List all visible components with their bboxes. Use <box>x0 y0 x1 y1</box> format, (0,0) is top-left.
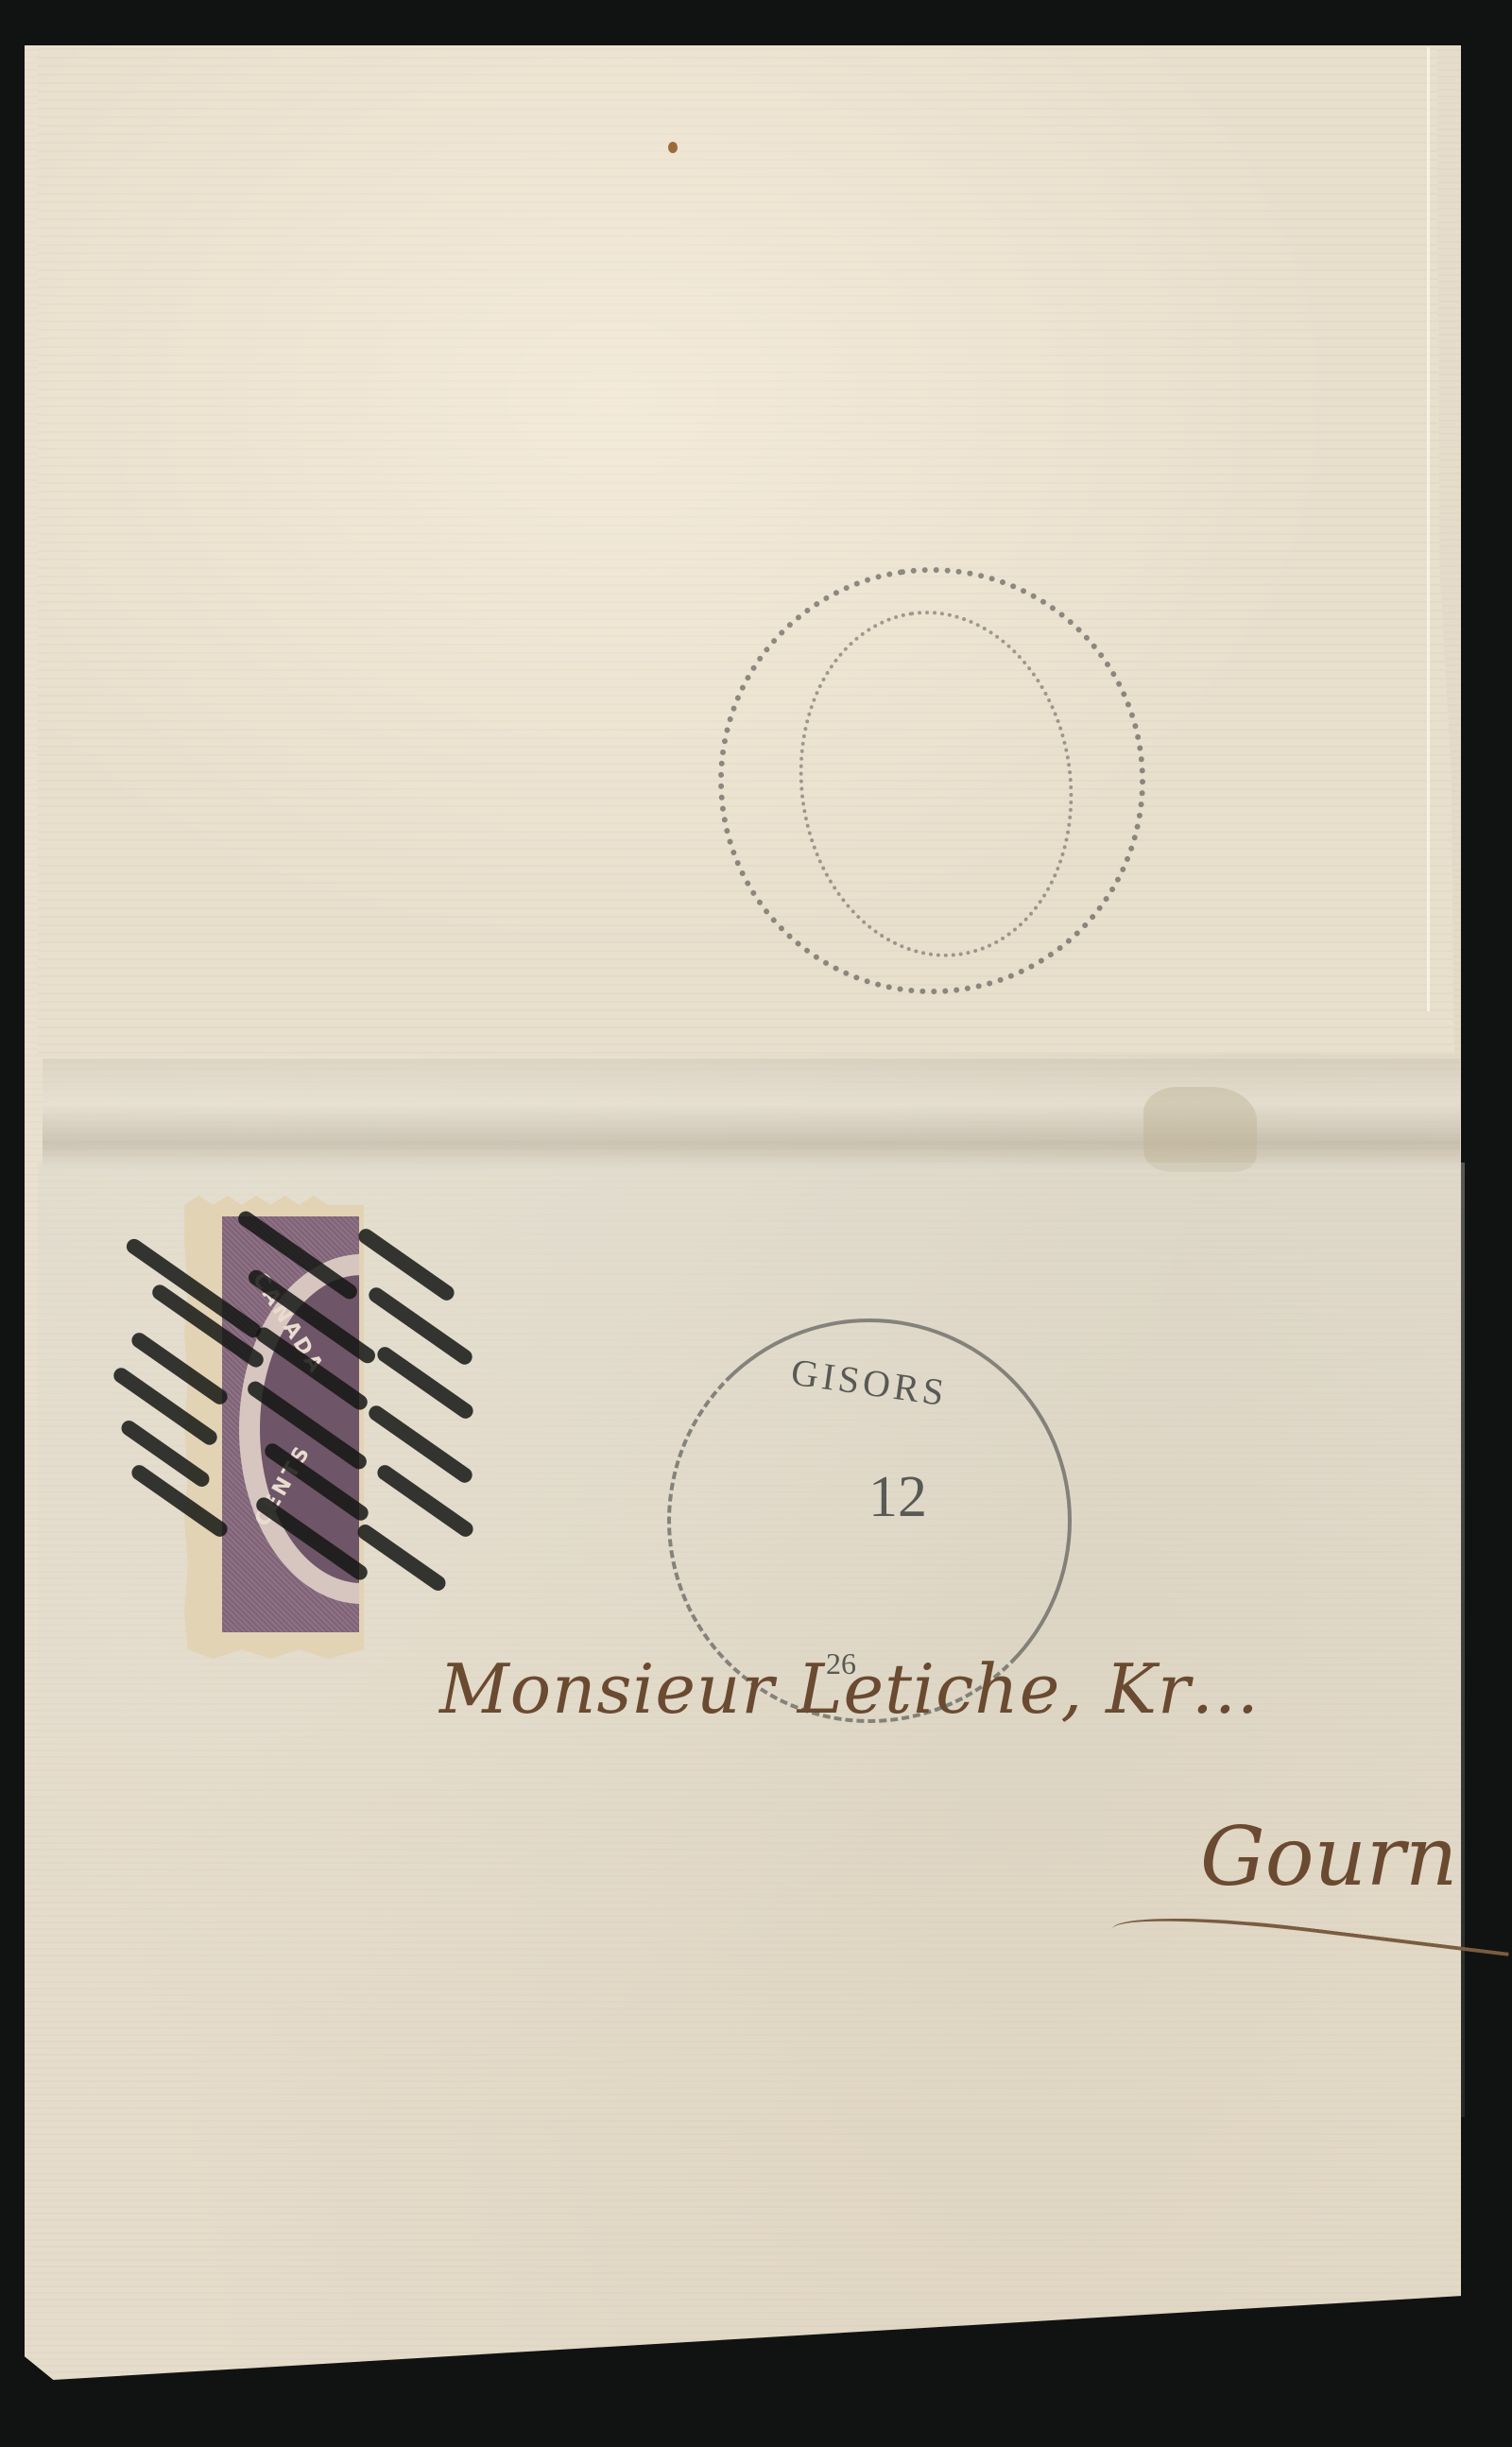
bisected-stamp: CANADA CENTS <box>184 1196 364 1659</box>
flap-edge <box>1427 47 1430 1011</box>
postmark-day: 12 <box>671 1464 1068 1531</box>
upper-postmark-inner-ring <box>777 593 1094 975</box>
fold-stain <box>1143 1087 1257 1172</box>
ink-spot <box>668 142 678 153</box>
address-line-2: Gourn <box>1200 1810 1457 1904</box>
address-line-1: Monsieur Letiche, Kr… <box>439 1649 1260 1729</box>
